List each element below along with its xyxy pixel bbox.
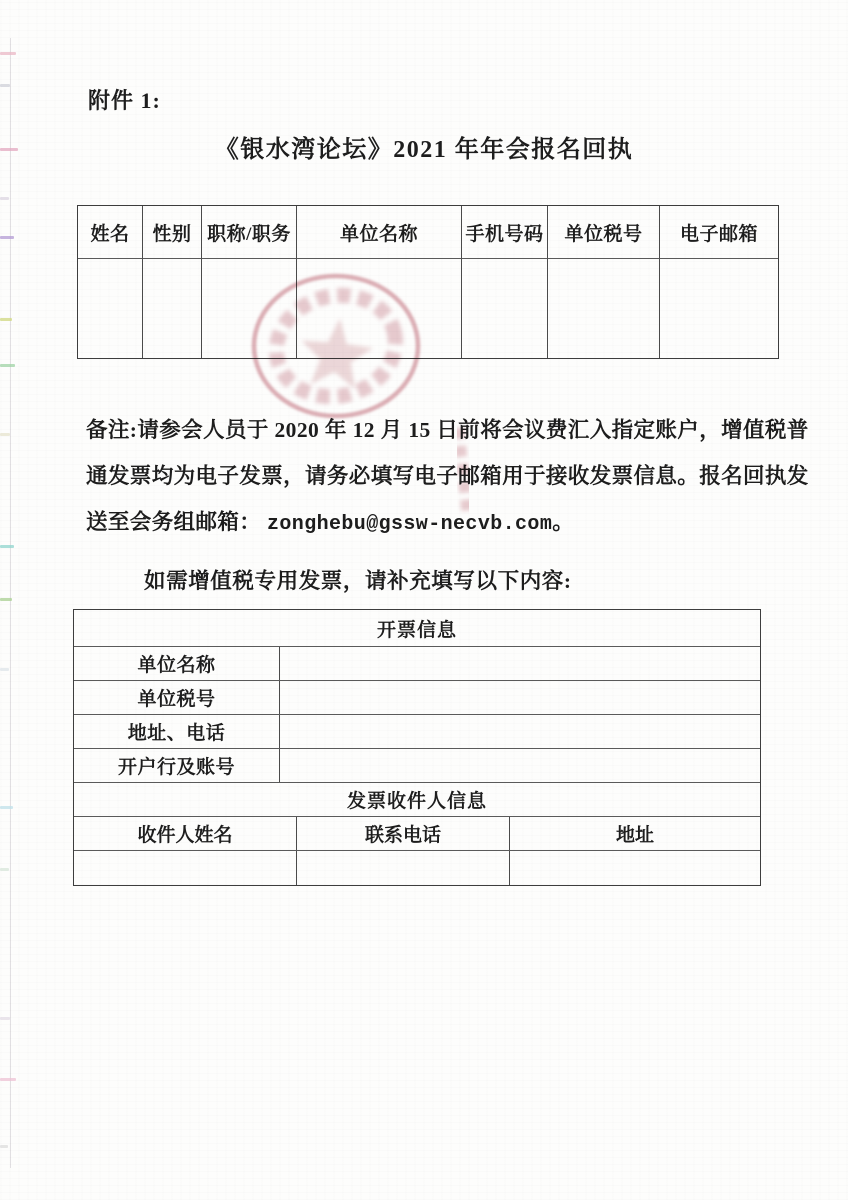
note-line-3: 送至会务组邮箱： zonghebu@gssw-necvb.com。 (86, 499, 776, 545)
field-value-tax-id (280, 681, 760, 714)
table-cell-position (202, 259, 297, 358)
recipient-value-address (510, 851, 760, 885)
recipient-header-name: 收件人姓名 (74, 817, 297, 850)
note-line-3-suffix: 。 (552, 510, 574, 534)
invoice-field-row: 单位税号 (74, 680, 760, 714)
table-cell-name (78, 259, 143, 358)
note-line-1: 备注:请参会人员于 2020 年 12 月 15 日前将会议费汇入指定账户，增值… (86, 407, 776, 453)
scanned-document-page: { "page": { "attachment_label": "附件 1:",… (0, 0, 848, 1200)
scan-edge-tick (0, 668, 9, 671)
invoice-table: 开票信息 单位名称 单位税号 地址、电话 开户行及账号 发票收件人信息 收件人姓… (73, 609, 761, 886)
field-label-org-name: 单位名称 (74, 647, 280, 680)
scan-edge-tick (0, 1078, 16, 1081)
invoice-field-row: 地址、电话 (74, 714, 760, 748)
column-header-name: 姓名 (78, 206, 143, 259)
field-label-address-phone: 地址、电话 (74, 715, 280, 748)
attachment-label: 附件 1: (88, 84, 161, 115)
scan-edge-tick (0, 364, 15, 367)
field-value-bank-account (280, 749, 760, 782)
recipient-section-title: 发票收件人信息 (74, 782, 760, 816)
scan-edge-tick (0, 598, 12, 601)
field-label-bank-account: 开户行及账号 (74, 749, 280, 782)
scan-edge-line (10, 38, 11, 1168)
scan-edge-tick (0, 84, 10, 87)
note-line-2: 通发票均为电子发票，请务必填写电子邮箱用于接收发票信息。报名回执发 (86, 453, 776, 499)
field-label-tax-id: 单位税号 (74, 681, 280, 714)
scan-edge-tick (0, 433, 10, 436)
column-header-gender: 性别 (143, 206, 202, 259)
scan-edge-tick (0, 236, 14, 239)
column-header-email: 电子邮箱 (660, 206, 778, 259)
document-title: 《银水湾论坛》2021 年年会报名回执 (0, 129, 848, 164)
field-value-org-name (280, 647, 760, 680)
recipient-header-row: 收件人姓名 联系电话 地址 (74, 816, 760, 850)
note-line-3-prefix: 送至会务组邮箱： (86, 510, 267, 534)
column-header-tax-id: 单位税号 (548, 206, 660, 259)
recipient-value-name (74, 851, 297, 885)
vat-invoice-prompt: 如需增值税专用发票，请补充填写以下内容: (144, 564, 572, 595)
recipient-value-phone (297, 851, 510, 885)
note-paragraph: 备注:请参会人员于 2020 年 12 月 15 日前将会议费汇入指定账户，增值… (86, 407, 776, 545)
table-cell-gender (143, 259, 202, 358)
invoice-field-row: 开户行及账号 (74, 748, 760, 782)
field-value-address-phone (280, 715, 760, 748)
table-cell-email (660, 259, 778, 358)
recipient-value-row (74, 850, 760, 885)
scan-edge-tick (0, 52, 16, 55)
email-address: zonghebu@gssw-necvb.com (267, 513, 552, 536)
scan-edge-tick (0, 1017, 10, 1020)
column-header-mobile: 手机号码 (462, 206, 548, 259)
scan-edge-tick (0, 1145, 8, 1148)
scan-edge-tick (0, 868, 9, 871)
recipient-header-address: 地址 (510, 817, 760, 850)
column-header-position: 职称/职务 (202, 206, 297, 259)
scan-paper-texture (0, 0, 848, 1200)
scan-edge-tick (0, 545, 14, 548)
table-cell-tax-id (548, 259, 660, 358)
scan-edge-tick (0, 197, 9, 200)
recipient-header-phone: 联系电话 (297, 817, 510, 850)
scan-edge-tick (0, 806, 13, 809)
registration-table: 姓名 性别 职称/职务 单位名称 手机号码 单位税号 电子邮箱 (77, 205, 779, 359)
invoice-info-section-title: 开票信息 (74, 610, 760, 646)
invoice-field-row: 单位名称 (74, 646, 760, 680)
scan-edge-tick (0, 318, 12, 321)
table-cell-mobile (462, 259, 548, 358)
column-header-organization: 单位名称 (297, 206, 462, 259)
table-cell-organization (297, 259, 462, 358)
